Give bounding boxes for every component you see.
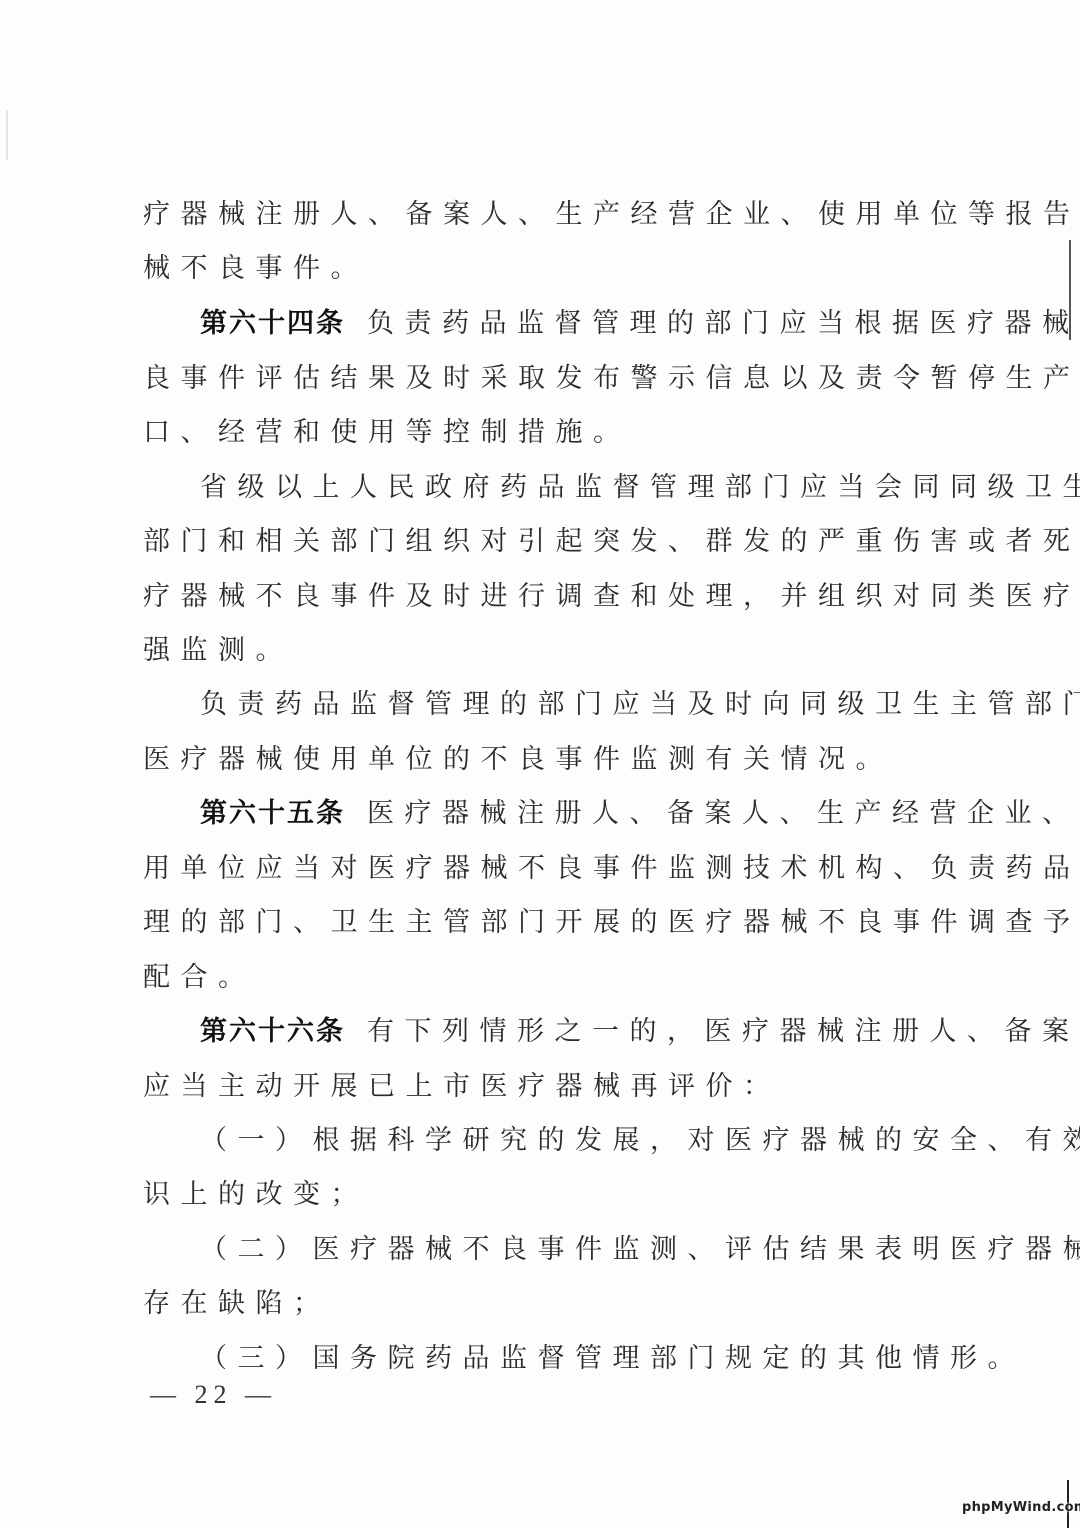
paragraph-line: 配合。 <box>143 961 943 995</box>
line-text: 医疗器械注册人、备案人、生产经营企业、使 <box>367 798 1080 829</box>
line-text: （三）国务院药品监督管理部门规定的其他情形。 <box>200 1343 1025 1374</box>
paragraph-line: （三）国务院药品监督管理部门规定的其他情形。 <box>200 1342 943 1376</box>
paragraph-line: 口、经营和使用等控制措施。 <box>143 416 943 450</box>
line-text: 应当主动开展已上市医疗器械再评价： <box>143 1071 781 1102</box>
scan-edge-mark-left <box>6 110 8 160</box>
line-text: 医疗器械使用单位的不良事件监测有关情况。 <box>143 744 893 775</box>
line-text: 省级以上人民政府药品监督管理部门应当会同同级卫生主管 <box>200 472 1080 503</box>
line-text: 配合。 <box>143 962 256 993</box>
line-text: 强监测。 <box>143 635 293 666</box>
line-text: 有下列情形之一的，医疗器械注册人、备案人 <box>367 1016 1080 1047</box>
line-text: 部门和相关部门组织对引起突发、群发的严重伤害或者死亡的医 <box>143 526 1080 557</box>
article-paragraph-line: 第六十六条有下列情形之一的，医疗器械注册人、备案人 <box>200 1015 943 1049</box>
paragraph-line: 识上的改变； <box>143 1178 943 1212</box>
line-text: （一）根据科学研究的发展，对医疗器械的安全、有效有认 <box>200 1125 1080 1156</box>
paragraph-line: 负责药品监督管理的部门应当及时向同级卫生主管部门通报 <box>200 688 943 722</box>
paragraph-line: 省级以上人民政府药品监督管理部门应当会同同级卫生主管 <box>200 471 943 505</box>
line-text: 用单位应当对医疗器械不良事件监测技术机构、负责药品监督管 <box>143 853 1080 884</box>
paragraph-line: 疗器械不良事件及时进行调查和处理，并组织对同类医疗器械加 <box>143 580 943 614</box>
line-text: 疗器械不良事件及时进行调查和处理，并组织对同类医疗器械加 <box>143 581 1080 612</box>
paragraph-line: 良事件评估结果及时采取发布警示信息以及责令暂停生产、进 <box>143 362 943 396</box>
paragraph-line: 械不良事件。 <box>143 252 943 286</box>
paragraph-line: 强监测。 <box>143 634 943 668</box>
paragraph-line: 理的部门、卫生主管部门开展的医疗器械不良事件调查予以 <box>143 906 943 940</box>
article-heading: 第六十四条 <box>200 308 345 339</box>
line-text: 疗器械注册人、备案人、生产经营企业、使用单位等报告医疗器 <box>143 199 1080 230</box>
paragraph-line: （二）医疗器械不良事件监测、评估结果表明医疗器械可能 <box>200 1233 943 1267</box>
document-page: 疗器械注册人、备案人、生产经营企业、使用单位等报告医疗器械不良事件。第六十四条负… <box>0 0 1080 1528</box>
paragraph-line: （一）根据科学研究的发展，对医疗器械的安全、有效有认 <box>200 1124 943 1158</box>
article-paragraph-line: 第六十五条医疗器械注册人、备案人、生产经营企业、使 <box>200 797 943 831</box>
paragraph-line: 用单位应当对医疗器械不良事件监测技术机构、负责药品监督管 <box>143 852 943 886</box>
article-heading: 第六十六条 <box>200 1016 345 1047</box>
line-text: 理的部门、卫生主管部门开展的医疗器械不良事件调查予以 <box>143 907 1080 938</box>
watermark: phpMyWind.com <box>962 1500 1080 1515</box>
page-number: — 22 — <box>150 1378 277 1412</box>
line-text: 负责药品监督管理的部门应当及时向同级卫生主管部门通报 <box>200 689 1080 720</box>
paragraph-line: 应当主动开展已上市医疗器械再评价： <box>143 1070 943 1104</box>
paragraph-line: 部门和相关部门组织对引起突发、群发的严重伤害或者死亡的医 <box>143 525 943 559</box>
paragraph-line: 存在缺陷； <box>143 1287 943 1321</box>
line-text: 口、经营和使用等控制措施。 <box>143 417 631 448</box>
paragraph-line: 医疗器械使用单位的不良事件监测有关情况。 <box>143 743 943 777</box>
article-heading: 第六十五条 <box>200 798 345 829</box>
line-text: 负责药品监督管理的部门应当根据医疗器械不 <box>367 308 1080 339</box>
line-text: 存在缺陷； <box>143 1288 331 1319</box>
line-text: （二）医疗器械不良事件监测、评估结果表明医疗器械可能 <box>200 1234 1080 1265</box>
line-text: 械不良事件。 <box>143 253 368 284</box>
line-text: 识上的改变； <box>143 1179 368 1210</box>
article-paragraph-line: 第六十四条负责药品监督管理的部门应当根据医疗器械不 <box>200 307 943 341</box>
line-text: 良事件评估结果及时采取发布警示信息以及责令暂停生产、进 <box>143 363 1080 394</box>
paragraph-line: 疗器械注册人、备案人、生产经营企业、使用单位等报告医疗器 <box>143 198 943 232</box>
